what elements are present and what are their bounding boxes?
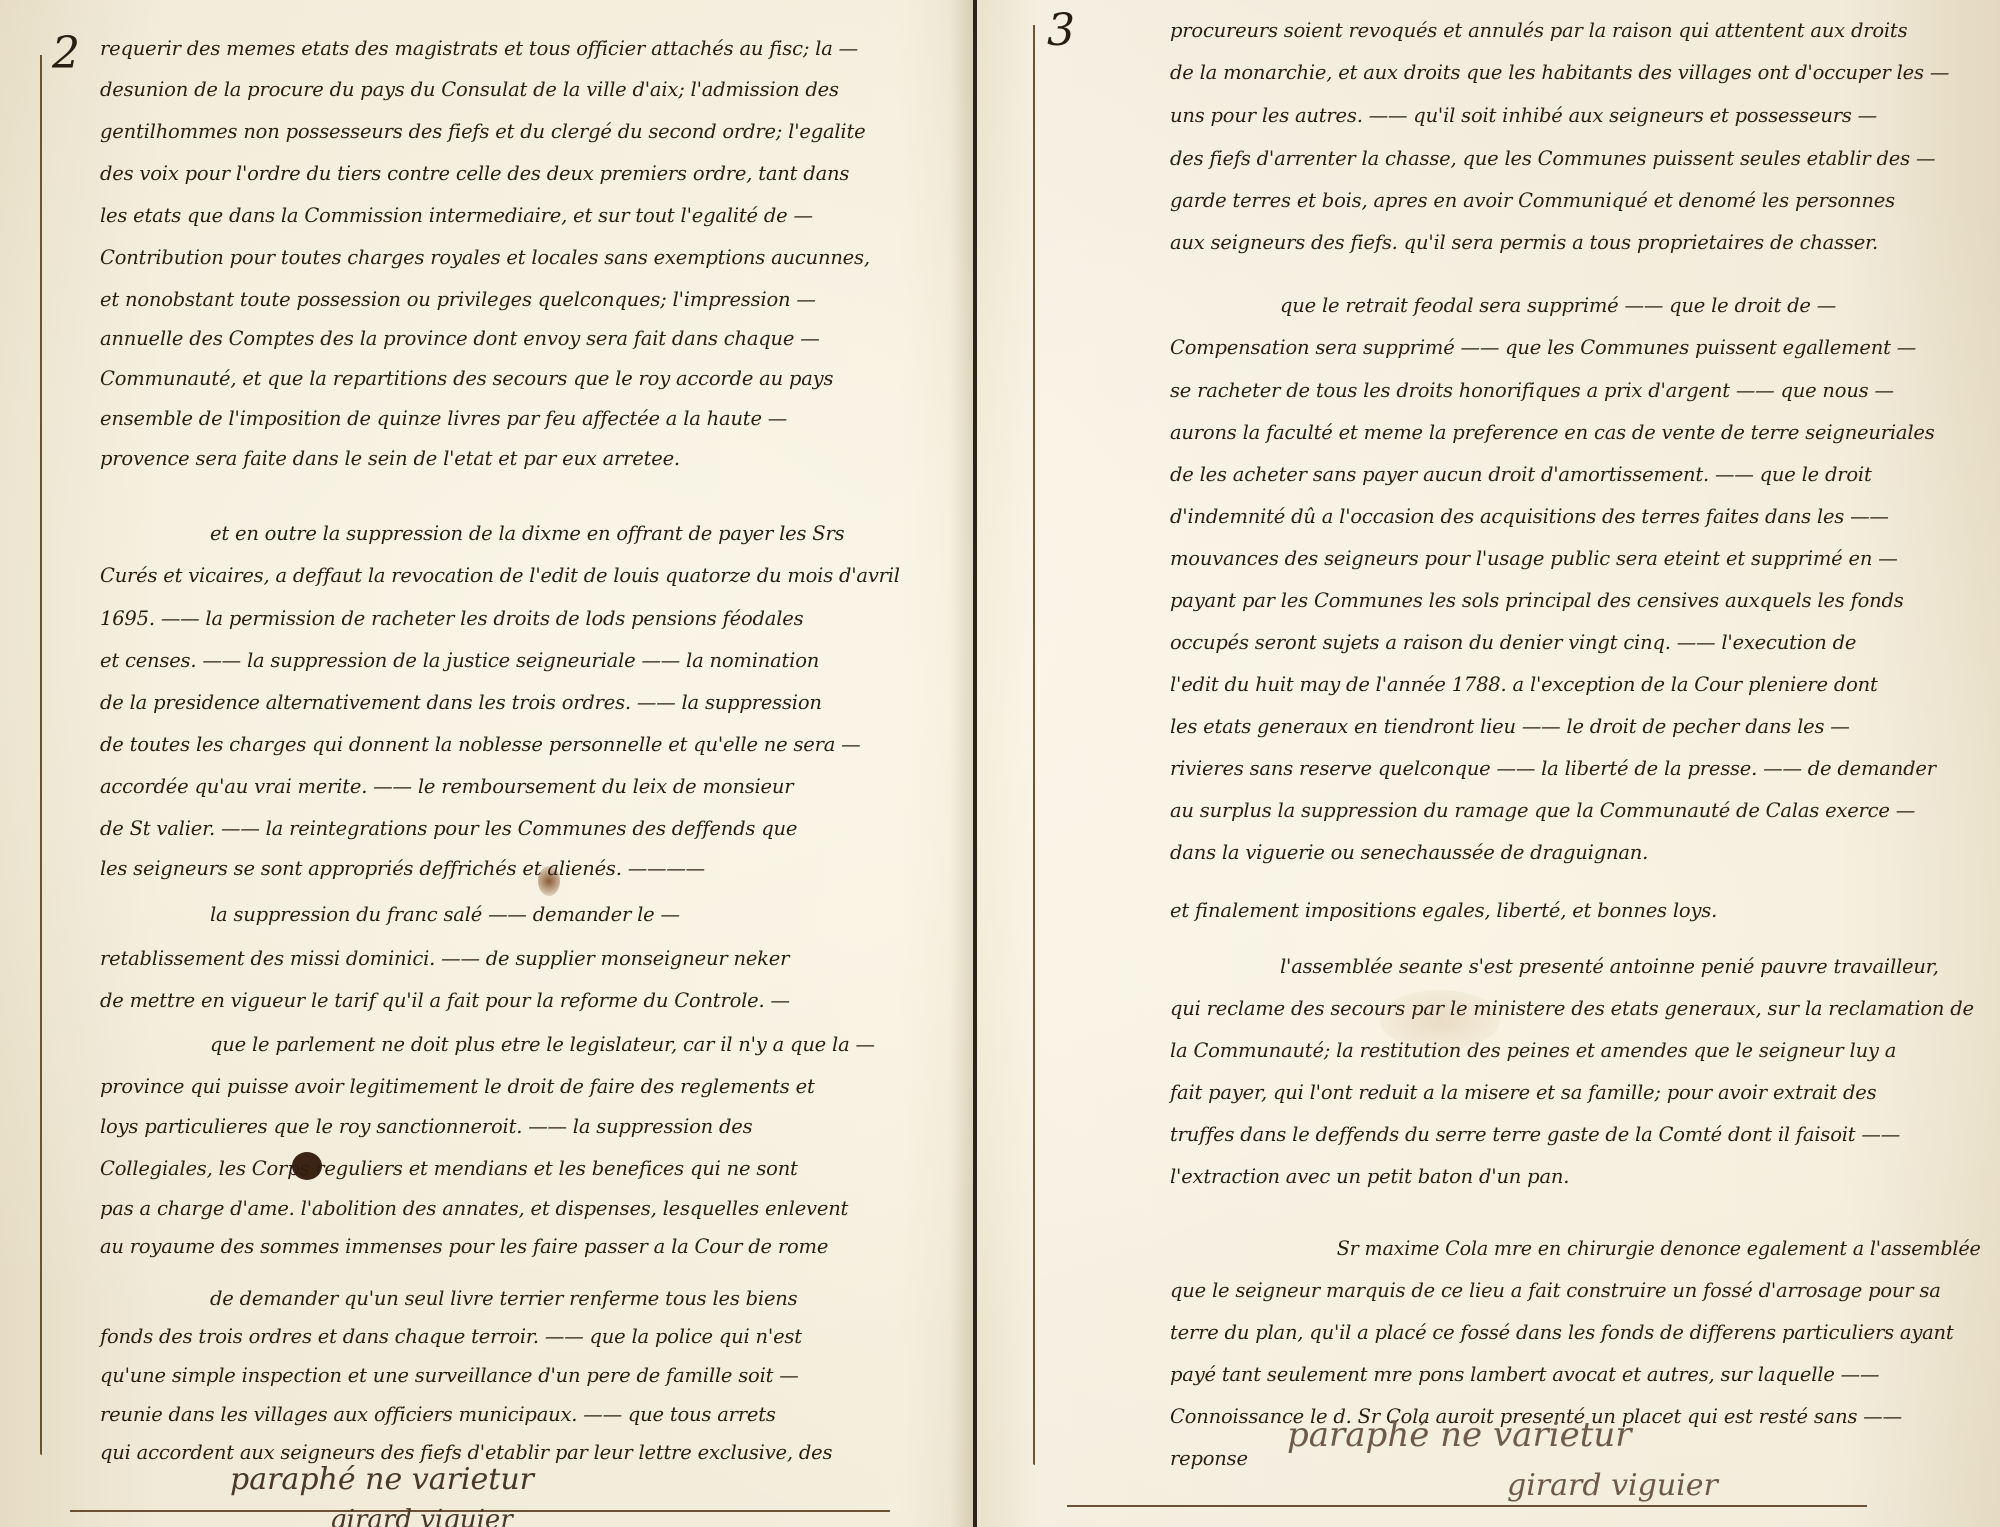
text-line: l'extraction avec un petit baton d'un pa… [1170, 1166, 1569, 1188]
text-line: Communauté, et que la repartitions des s… [100, 368, 833, 390]
text-line: aux seigneurs des fiefs. qu'il sera perm… [1170, 232, 1878, 254]
text-line: et nonobstant toute possession ou privil… [100, 289, 816, 311]
page-number: 2 [52, 28, 80, 79]
text-line: se racheter de tous les droits honorifiq… [1170, 380, 1894, 402]
text-line: requerir des memes etats des magistrats … [100, 38, 858, 60]
text-line: que le retrait feodal sera supprimé —— q… [1170, 295, 1836, 317]
text-line: de la presidence alternativement dans le… [100, 692, 822, 714]
text-line: et censes. —— la suppression de la justi… [100, 650, 819, 672]
text-line: gentilhommes non possesseurs des fiefs e… [100, 121, 865, 143]
text-line: que le parlement ne doit plus etre le le… [100, 1034, 875, 1056]
text-line: aurons la faculté et meme la preference … [1170, 422, 1935, 444]
text-line: truffes dans le deffends du serre terre … [1170, 1124, 1900, 1146]
text-line: retablissement des missi dominici. —— de… [100, 948, 789, 970]
text-line: fonds des trois ordres et dans chaque te… [100, 1326, 802, 1348]
text-line: de les acheter sans payer aucun droit d'… [1170, 464, 1872, 486]
text-line: Sr maxime Cola mre en chirurgie denonce … [1170, 1238, 1981, 1260]
signature-name: girard viguier [330, 1505, 513, 1527]
text-line: Compensation sera supprimé —— que les Co… [1170, 337, 1916, 359]
text-line: pas a charge d'ame. l'abolition des anna… [100, 1198, 848, 1220]
text-line: payé tant seulement mre pons lambert avo… [1170, 1364, 1879, 1386]
signature-paraphe: paraphé ne varietur [1287, 1415, 1632, 1455]
text-line: d'indemnité dû a l'occasion des acquisit… [1170, 506, 1889, 528]
text-line: fait payer, qui l'ont reduit a la misere… [1170, 1082, 1876, 1104]
text-line: uns pour les autres. —— qu'il soit inhib… [1170, 105, 1877, 127]
text-line: desunion de la procure du pays du Consul… [100, 79, 839, 101]
left-margin-rule [40, 55, 42, 1455]
text-line: des voix pour l'ordre du tiers contre ce… [100, 163, 849, 185]
text-line: payant par les Communes les sols princip… [1170, 590, 1904, 612]
text-line: 1695. —— la permission de racheter les d… [100, 608, 803, 630]
text-line: qu'une simple inspection et une surveill… [100, 1365, 799, 1387]
text-line: Collegiales, les Corps reguliers et mend… [100, 1158, 798, 1180]
text-line: de la monarchie, et aux droits que les h… [1170, 62, 1949, 84]
text-line: mouvances des seigneurs pour l'usage pub… [1170, 548, 1898, 570]
text-line: provence sera faite dans le sein de l'et… [100, 448, 680, 470]
text-line: ensemble de l'imposition de quinze livre… [100, 408, 787, 430]
text-line: qui reclame des secours par le ministere… [1170, 998, 1974, 1020]
text-line: de mettre en vigueur le tarif qu'il a fa… [100, 990, 790, 1012]
right-bottom-rule [1067, 1505, 1867, 1507]
text-line: province qui puisse avoir legitimement l… [100, 1076, 815, 1098]
manuscript-spread: 2 requerir des memes etats des magistrat… [0, 0, 2000, 1527]
text-line: les etats que dans la Commission interme… [100, 205, 813, 227]
text-line: terre du plan, qu'il a placé ce fossé da… [1170, 1322, 1954, 1344]
left-page: 2 requerir des memes etats des magistrat… [0, 0, 973, 1527]
right-margin-rule [1033, 25, 1035, 1465]
text-line: de demander qu'un seul livre terrier ren… [100, 1288, 797, 1310]
text-line: garde terres et bois, apres en avoir Com… [1170, 190, 1895, 212]
text-line: rivieres sans reserve quelconque —— la l… [1170, 758, 1936, 780]
text-line: des fiefs d'arrenter la chasse, que les … [1170, 148, 1935, 170]
text-line: dans la viguerie ou senechaussée de drag… [1170, 842, 1648, 864]
text-line: la suppression du franc salé —— demander… [100, 904, 680, 926]
text-line: accordée qu'au vrai merite. —— le rembou… [100, 776, 793, 798]
text-line: occupés seront sujets a raison du denier… [1170, 632, 1856, 654]
text-line: loys particulieres que le roy sanctionne… [100, 1116, 752, 1138]
signature-name: girard viguier [1507, 1468, 1718, 1503]
text-line: reunie dans les villages aux officiers m… [100, 1404, 776, 1426]
text-line: Contribution pour toutes charges royales… [100, 247, 870, 269]
right-page: 3 procureurs soient revoqués et annulés … [977, 0, 2000, 1527]
text-line: au royaume des sommes immenses pour les … [100, 1236, 828, 1258]
text-line: de St valier. —— la reintegrations pour … [100, 818, 797, 840]
text-line: les seigneurs se sont appropriés deffric… [100, 858, 705, 880]
text-line: et finalement impositions egales, libert… [1170, 900, 1717, 922]
text-line: au surplus la suppression du ramage que … [1170, 800, 1915, 822]
text-line: l'edit du huit may de l'année 1788. a l'… [1170, 674, 1878, 696]
text-line: la Communauté; la restitution des peines… [1170, 1040, 1896, 1062]
text-line: que le seigneur marquis de ce lieu a fai… [1170, 1280, 1941, 1302]
signature-paraphe: paraphé ne varietur [230, 1462, 534, 1497]
text-line: Curés et vicaires, a deffaut la revocati… [100, 565, 900, 587]
text-line: reponse [1170, 1448, 1248, 1470]
text-line: et en outre la suppression de la dixme e… [100, 523, 844, 545]
text-line: de toutes les charges qui donnent la nob… [100, 734, 860, 756]
page-number: 3 [1047, 5, 1075, 56]
text-line: les etats generaux en tiendront lieu —— … [1170, 716, 1850, 738]
text-line: annuelle des Comptes des la province don… [100, 328, 820, 350]
text-line: procureurs soient revoqués et annulés pa… [1170, 20, 1907, 42]
text-line: l'assemblée seante s'est presenté antoin… [1170, 956, 1939, 978]
text-line: qui accordent aux seigneurs des fiefs d'… [100, 1442, 832, 1464]
